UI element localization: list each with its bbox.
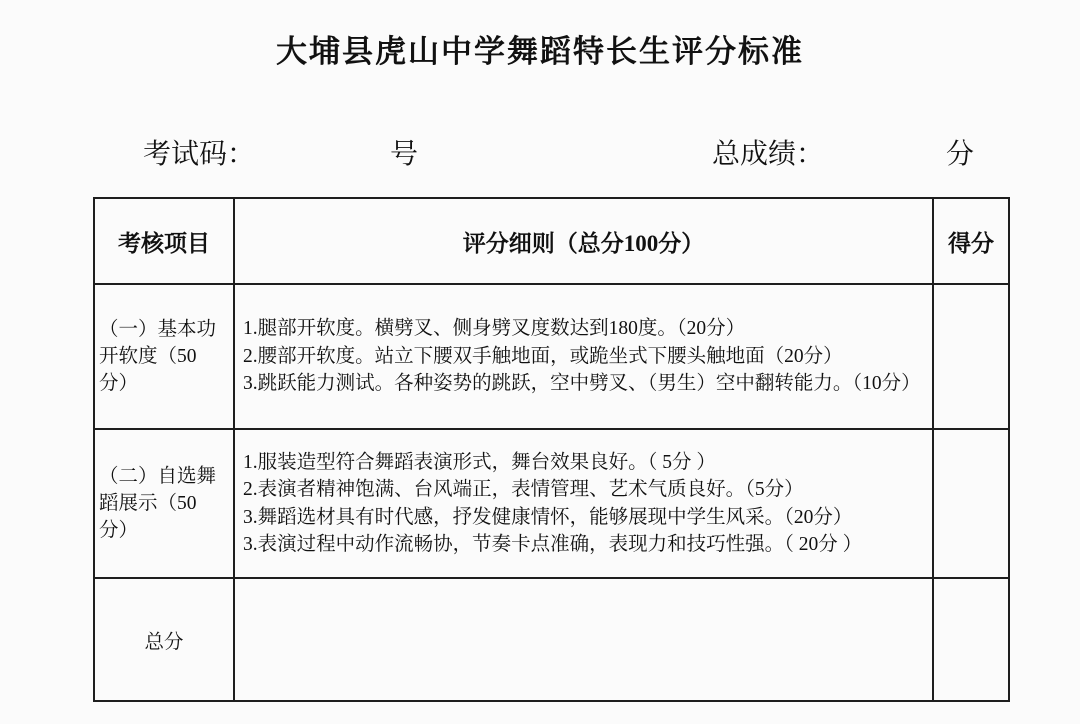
table-row-dance-show: （二）自选舞蹈展示（50分） 1.服装造型符合舞蹈表演形式，舞台效果良好。（ 5… — [94, 429, 1009, 578]
criteria-line: 2.腰部开软度。站立下腰双手触地面，或跪坐式下腰头触地面（20分） — [243, 343, 922, 371]
table-row-basic-skills: （一）基本功开软度（50分） 1.腿部开软度。横劈叉、侧身劈叉度数达到180度。… — [94, 284, 1009, 429]
criteria-line: 2.表演者精神饱满、台风端正，表情管理、艺术气质良好。（5分） — [243, 476, 922, 504]
exam-code-blank[interactable] — [262, 132, 382, 166]
table-row-total: 总分 — [94, 578, 1009, 701]
total-score-label: 总成绩： — [712, 132, 824, 172]
exam-info-line: 考试码： 号 总成绩： 分 — [0, 132, 1080, 174]
exam-code-label: 考试码： — [143, 132, 255, 172]
criteria-total-blank[interactable] — [234, 578, 933, 701]
criteria-basic-skills: 1.腿部开软度。横劈叉、侧身劈叉度数达到180度。（20分） 2.腰部开软度。站… — [234, 284, 933, 429]
exam-code-unit: 号 — [390, 132, 418, 172]
criteria-line: 1.腿部开软度。横劈叉、侧身劈叉度数达到180度。（20分） — [243, 315, 922, 343]
score-cell-basic-skills[interactable] — [933, 284, 1009, 429]
score-cell-dance-show[interactable] — [933, 429, 1009, 578]
header-criteria-column: 评分细则（总分100分） — [234, 198, 933, 284]
scoring-table: 考核项目 评分细则（总分100分） 得分 （一）基本功开软度（50分） 1.腿部… — [93, 197, 1010, 702]
criteria-line: 1.服装造型符合舞蹈表演形式，舞台效果良好。（ 5分 ） — [243, 449, 922, 477]
item-basic-skills: （一）基本功开软度（50分） — [94, 284, 234, 429]
header-score-column: 得分 — [933, 198, 1009, 284]
total-score-unit: 分 — [946, 132, 974, 172]
criteria-line: 3.舞蹈选材具有时代感，抒发健康情怀，能够展现中学生风采。（20分） — [243, 504, 922, 532]
criteria-line: 3.跳跃能力测试。各种姿势的跳跃，空中劈叉、（男生）空中翻转能力。（10分） — [243, 370, 922, 398]
total-score-blank[interactable] — [830, 132, 940, 166]
score-cell-total[interactable] — [933, 578, 1009, 701]
header-item-column: 考核项目 — [94, 198, 234, 284]
item-dance-show: （二）自选舞蹈展示（50分） — [94, 429, 234, 578]
page-title: 大埔县虎山中学舞蹈特长生评分标准 — [0, 26, 1080, 71]
table-header-row: 考核项目 评分细则（总分100分） 得分 — [94, 198, 1009, 284]
criteria-dance-show: 1.服装造型符合舞蹈表演形式，舞台效果良好。（ 5分 ） 2.表演者精神饱满、台… — [234, 429, 933, 578]
item-total-score: 总分 — [94, 578, 234, 701]
criteria-line: 3.表演过程中动作流畅协，节奏卡点准确，表现力和技巧性强。（ 20分 ） — [243, 531, 922, 559]
